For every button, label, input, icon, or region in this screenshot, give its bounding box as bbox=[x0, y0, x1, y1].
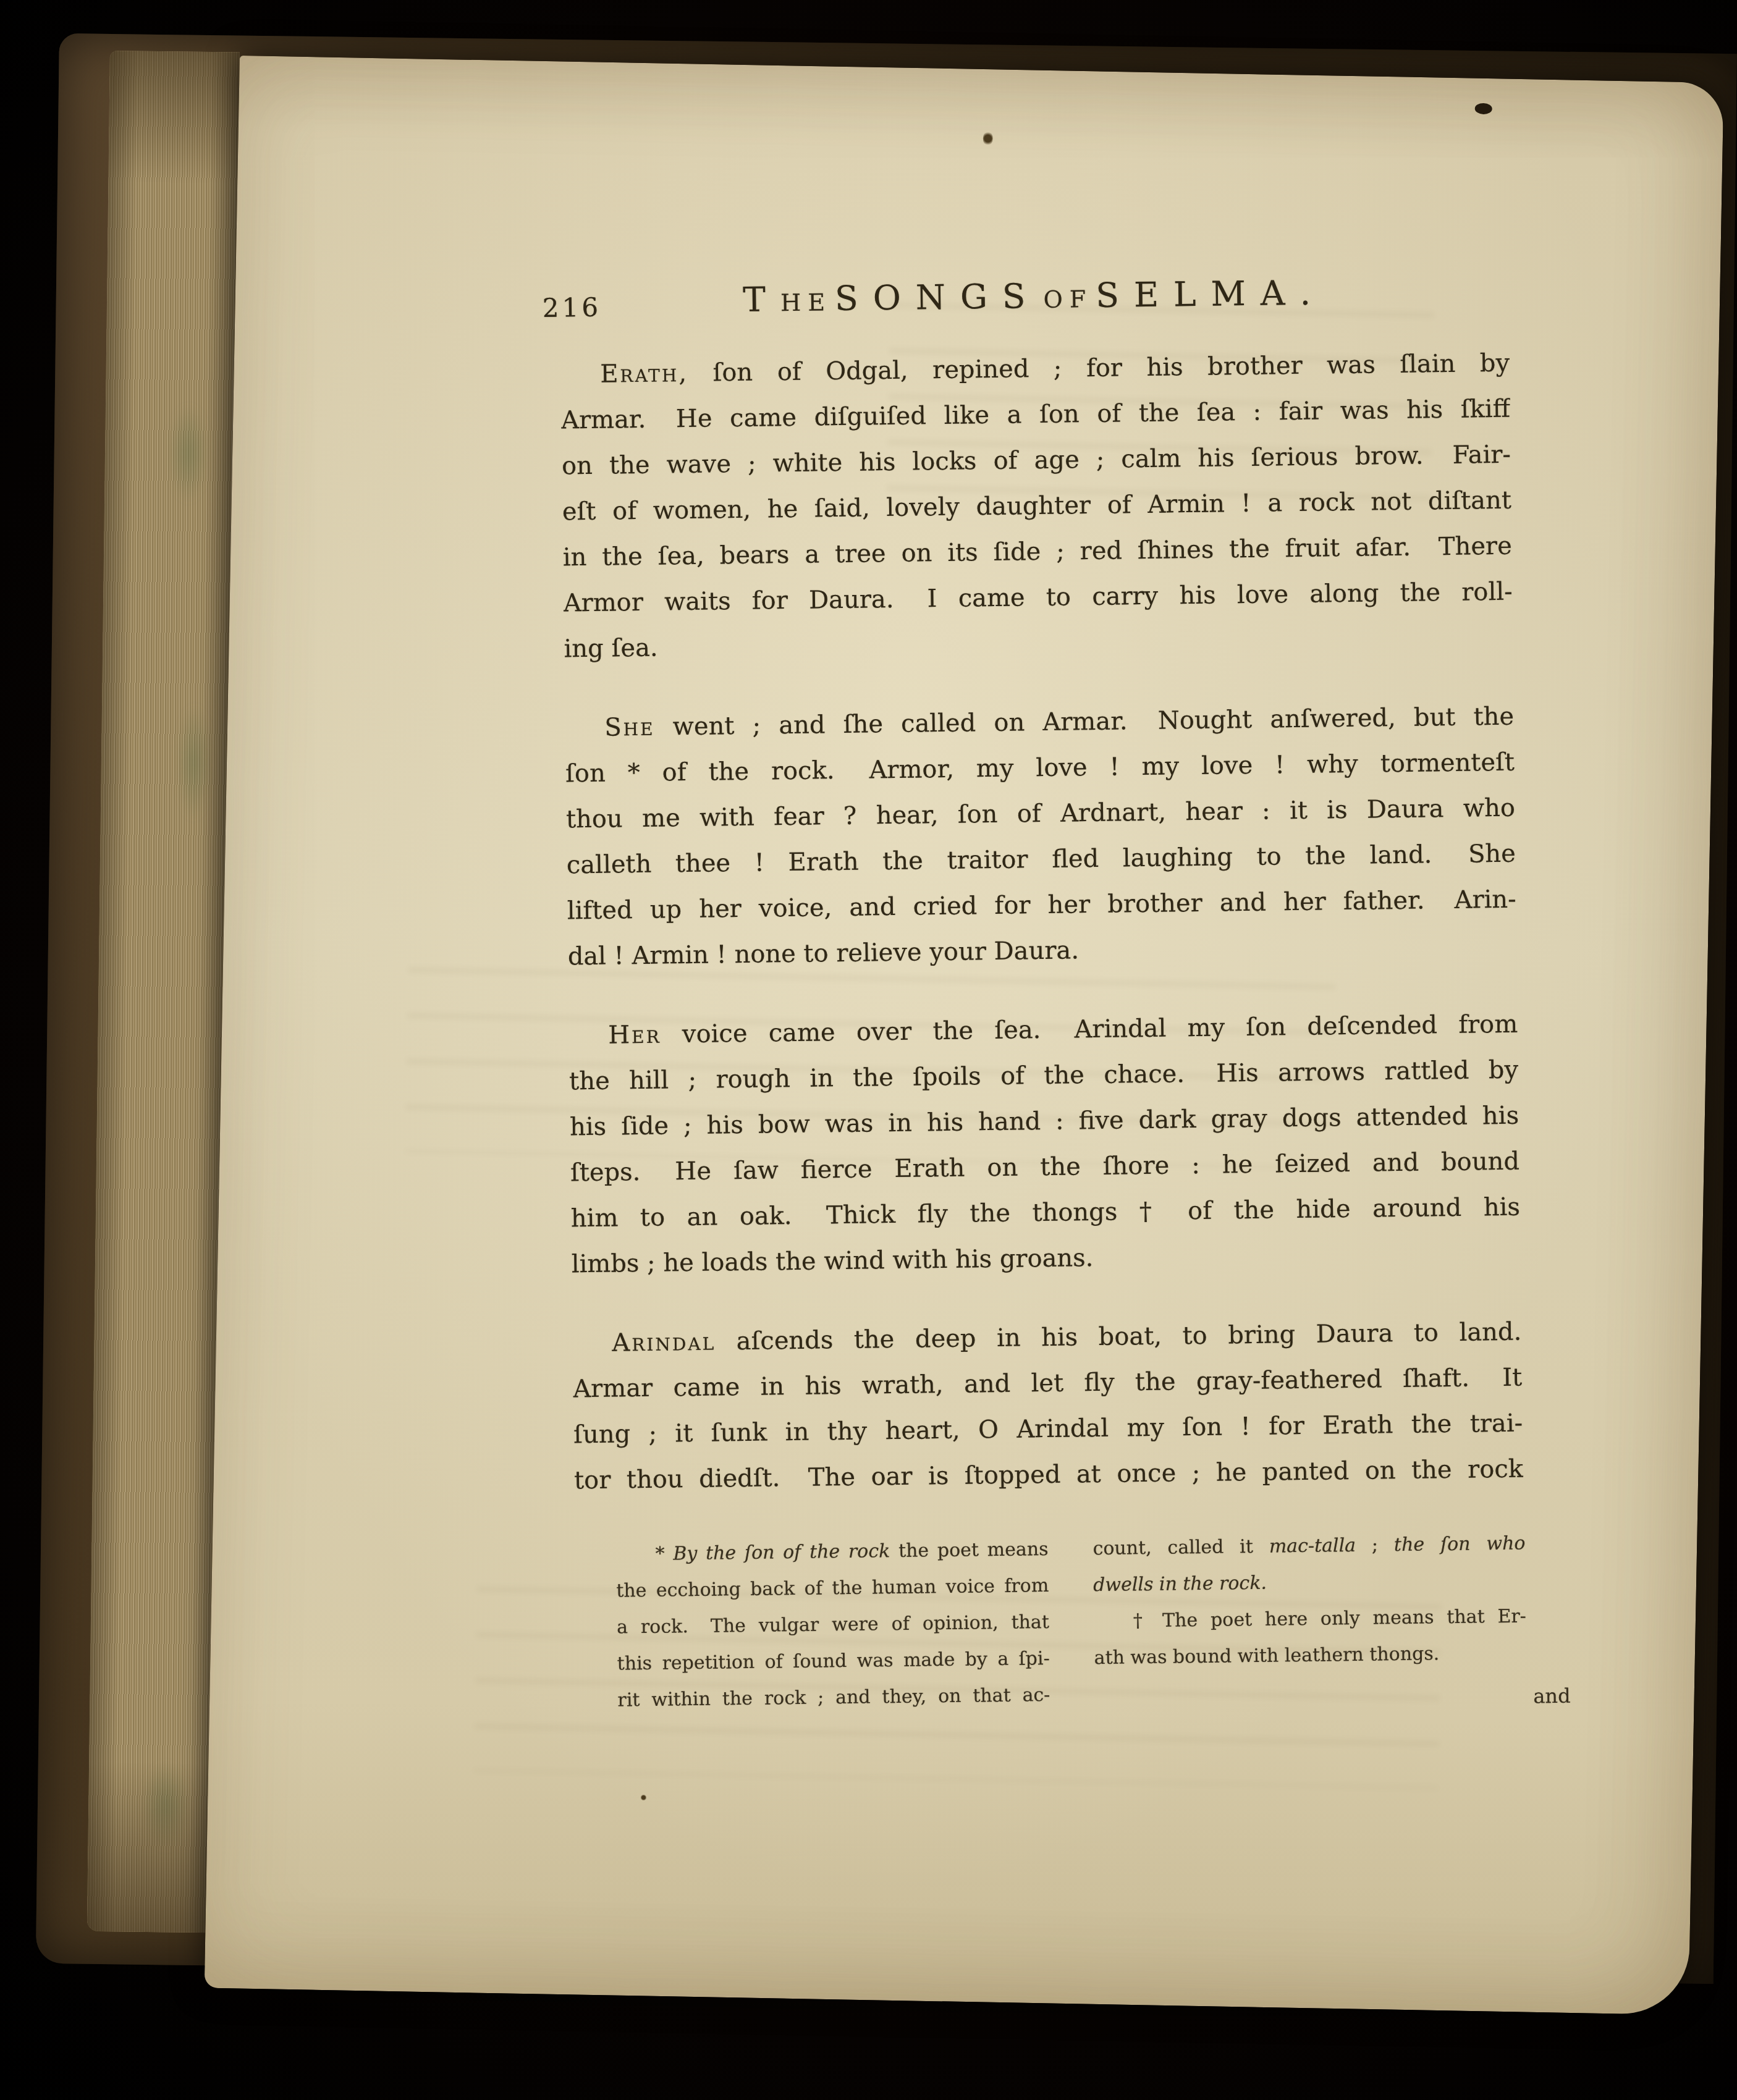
footnote-column-left: * By the ſon of the rock the poet meanst… bbox=[615, 1531, 1050, 1719]
text-line: the ecchoing back of the human voice fro… bbox=[616, 1567, 1049, 1609]
book-page: 216 THE SONGS OF SELMA. Erath, ſon of Od… bbox=[205, 56, 1724, 2015]
text-segment: OF bbox=[1043, 285, 1092, 313]
text-segment: * bbox=[655, 1543, 673, 1564]
text-segment: Her bbox=[608, 1021, 661, 1050]
text-segment: his ſide ; his bow was in his hand : fiv… bbox=[570, 1102, 1519, 1142]
text-segment: HE bbox=[780, 289, 832, 316]
text-segment: By the ſon of the rock bbox=[673, 1540, 890, 1564]
text-segment: a rock. The vulgar were of opinion, that bbox=[617, 1611, 1049, 1638]
edge-stain bbox=[131, 1744, 200, 1868]
text-segment: went ; and ſhe called on Armar. Nought a… bbox=[654, 702, 1514, 741]
text-segment: lifted up her voice, and cried for her b… bbox=[567, 885, 1516, 926]
text-line: rit within the rock ; and they, on that … bbox=[617, 1677, 1050, 1719]
catchword: and bbox=[1138, 1684, 1570, 1713]
text-segment: ; bbox=[1356, 1534, 1394, 1556]
text-segment: rit within the rock ; and they, on that … bbox=[617, 1684, 1050, 1711]
text-segment: this repetition of ſound was made by a ſ… bbox=[617, 1648, 1050, 1675]
book-scan-scene: 216 THE SONGS OF SELMA. Erath, ſon of Od… bbox=[0, 0, 1737, 2100]
page-header: 216 THE SONGS OF SELMA. bbox=[559, 270, 1509, 323]
text-segment: the ecchoing back of the human voice fro… bbox=[616, 1575, 1049, 1602]
running-title: THE SONGS OF SELMA. bbox=[559, 270, 1509, 331]
text-segment: SONGS bbox=[835, 276, 1041, 318]
text-segment: aſcends the deep in his boat, to bring D… bbox=[716, 1318, 1522, 1356]
footnote-right-lines: count, called it mac-talla ; the ſon who… bbox=[1092, 1525, 1527, 1677]
text-segment: on the wave ; white his locks of age ; c… bbox=[562, 441, 1511, 481]
text-segment: dal ! Armin ! none to relieve your Daura… bbox=[567, 936, 1079, 971]
text-segment: † The poet here only means that Er- bbox=[1133, 1606, 1526, 1632]
edge-stain bbox=[168, 681, 219, 843]
text-segment: Armar came in his wrath, and let fly the… bbox=[573, 1364, 1522, 1404]
text-segment: SELMA. bbox=[1096, 272, 1326, 315]
text-segment: count, called it bbox=[1092, 1536, 1269, 1559]
paragraph-4: Arindal aſcends the deep in his boat, to… bbox=[572, 1309, 1524, 1504]
text-segment: Armar. He came diſguiſed like a ſon of t… bbox=[561, 395, 1510, 435]
text-segment: Erath, bbox=[600, 359, 688, 389]
paper-speck bbox=[640, 1794, 646, 1800]
text-line: count, called it mac-talla ; the ſon who bbox=[1092, 1525, 1526, 1567]
text-segment: Armor waits for Daura. I came to carry h… bbox=[563, 578, 1512, 618]
text-segment: eſt of women, he ſaid, lovely daughter o… bbox=[562, 486, 1511, 526]
text-segment: ath was bound with leathern thongs. bbox=[1094, 1643, 1439, 1669]
edge-stain bbox=[160, 385, 218, 521]
footnote-column-right: count, called it mac-talla ; the ſon who… bbox=[1092, 1525, 1528, 1714]
page-number: 216 bbox=[543, 287, 602, 329]
text-segment: ſon of Odgal, repined ; for his brother … bbox=[688, 349, 1510, 387]
text-line: a rock. The vulgar were of opinion, that bbox=[617, 1604, 1050, 1646]
page-text-block: 216 THE SONGS OF SELMA. Erath, ſon of Od… bbox=[559, 270, 1526, 1720]
footnotes: * By the ſon of the rock the poet meanst… bbox=[615, 1525, 1528, 1719]
text-segment: limbs ; he loads the wind with his groan… bbox=[572, 1244, 1094, 1278]
paper-speck bbox=[983, 131, 993, 146]
text-segment: tor thou diedſt. The oar is ſtopped at o… bbox=[574, 1455, 1523, 1495]
text-segment: voice came over the ſea. Arindal my ſon … bbox=[661, 1010, 1518, 1049]
text-line: † The poet here only means that Er- bbox=[1094, 1598, 1527, 1640]
text-segment: She bbox=[604, 713, 655, 742]
paragraph-3: Her voice came over the ſea. Arindal my … bbox=[568, 1002, 1521, 1288]
text-segment: mac-talla bbox=[1269, 1535, 1356, 1558]
text-segment: ſon * of the rock. Armor, my love ! my l… bbox=[565, 748, 1515, 788]
text-segment: Arindal bbox=[612, 1328, 716, 1357]
text-segment: the ſon who bbox=[1394, 1533, 1526, 1556]
text-segment: in the ſea, bears a tree on its ſide ; r… bbox=[563, 532, 1512, 572]
text-segment: him to an oak. Thick fly the thongs † of… bbox=[571, 1193, 1520, 1233]
text-segment: the hill ; rough in the ſpoils of the ch… bbox=[569, 1056, 1518, 1096]
text-segment: T bbox=[743, 279, 780, 319]
text-line: dwells in the rock. bbox=[1093, 1562, 1526, 1604]
text-segment: ing ſea. bbox=[564, 634, 657, 664]
text-line: * By the ſon of the rock the poet means bbox=[615, 1531, 1049, 1573]
paragraph-2: She went ; and ſhe called on Armar. Noug… bbox=[565, 694, 1517, 980]
edge-nick-speck bbox=[1475, 103, 1492, 115]
text-segment: ſteps. He ſaw fierce Erath on the ſhore … bbox=[570, 1147, 1519, 1187]
text-segment: dwells in the rock. bbox=[1093, 1572, 1267, 1596]
text-line: ath was bound with leathern thongs. bbox=[1094, 1635, 1527, 1677]
text-segment: ſung ; it ſunk in thy heart, O Arindal m… bbox=[573, 1409, 1523, 1449]
text-segment: calleth thee ! Erath the traitor fled la… bbox=[567, 840, 1516, 880]
text-segment: the poet means bbox=[890, 1538, 1049, 1562]
text-line: this repetition of ſound was made by a ſ… bbox=[617, 1640, 1050, 1682]
text-segment: thou me with fear ? hear, ſon of Ardnart… bbox=[566, 794, 1515, 834]
paragraph-1: Erath, ſon of Odgal, repined ; for his b… bbox=[560, 340, 1513, 672]
